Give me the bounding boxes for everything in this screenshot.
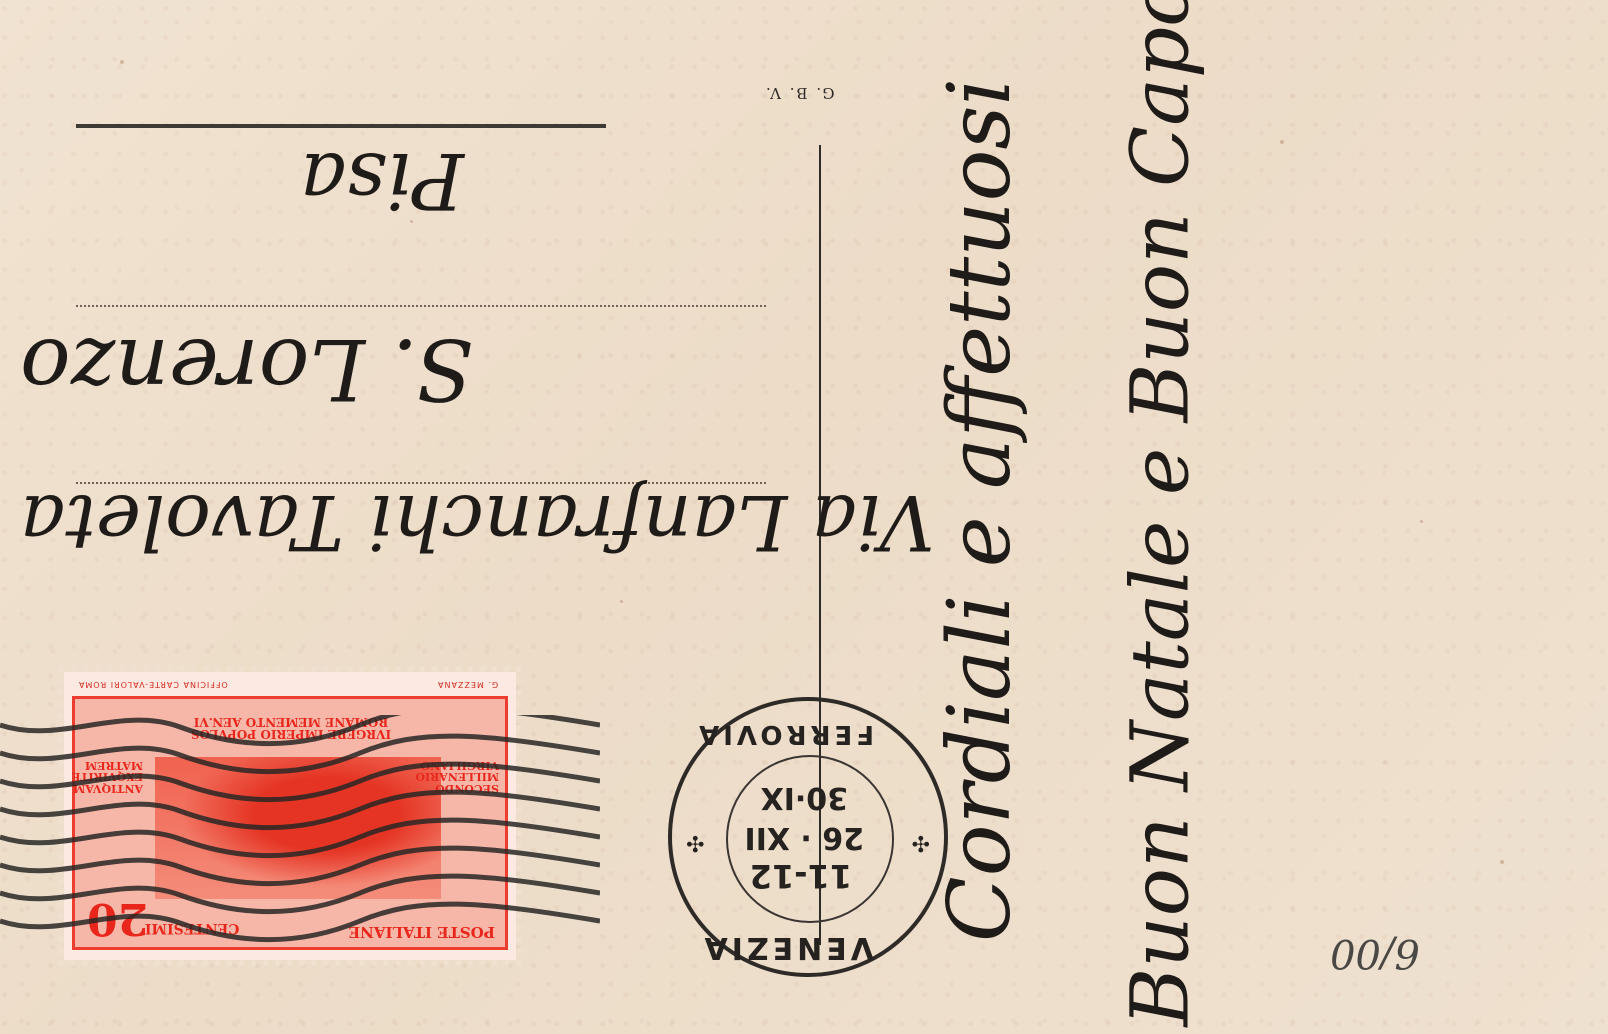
paper-speck — [1420, 520, 1423, 523]
paper-speck — [1500, 860, 1504, 864]
postmark-city: VENEZIA — [701, 930, 874, 965]
postmark: VENEZIA FERROVIA 11-12 26 · XII 30·IX ✣ … — [668, 697, 948, 977]
postmark-date: 26 · XII — [745, 820, 865, 855]
handwritten-address-line-3: Via Lanfranchi Tavoleta — [20, 478, 935, 567]
paper-speck — [620, 600, 623, 603]
handwritten-address-line-2: S. Lorenzo — [20, 320, 473, 418]
stamp-printer-imprint: OFFICINA CARTE-VALORI ROMA — [78, 680, 228, 689]
address-line-dotted — [76, 305, 766, 307]
handwritten-message-line-2: Buon Natale e Buon Capodanno Montanelli — [1114, 0, 1207, 1027]
handwritten-message-line-1: Cordiali e affettuosi — [930, 30, 1030, 990]
wavy-cancellation-lines — [0, 715, 600, 945]
publisher-mark: G. B. V. — [764, 84, 835, 102]
pencil-inventory-note: 6/00 — [1330, 930, 1420, 976]
postmark-station: FERROVIA — [695, 719, 874, 749]
postmark-year: 30·IX — [761, 780, 848, 815]
postmark-time: 11-12 — [750, 857, 852, 895]
stamp-designer-imprint: G. MEZZANA — [437, 680, 498, 689]
address-line-solid — [76, 124, 606, 128]
paper-speck — [1280, 140, 1284, 144]
postmark-ornament-icon: ✣ — [912, 830, 930, 855]
handwritten-address-city: Pisa — [300, 135, 464, 225]
paper-speck — [120, 60, 124, 64]
postmark-ornament-icon: ✣ — [686, 830, 704, 855]
postcard-back: G. B. V. POSTE ITALIANE 20 CENTESIMI IVR… — [0, 0, 1608, 1034]
